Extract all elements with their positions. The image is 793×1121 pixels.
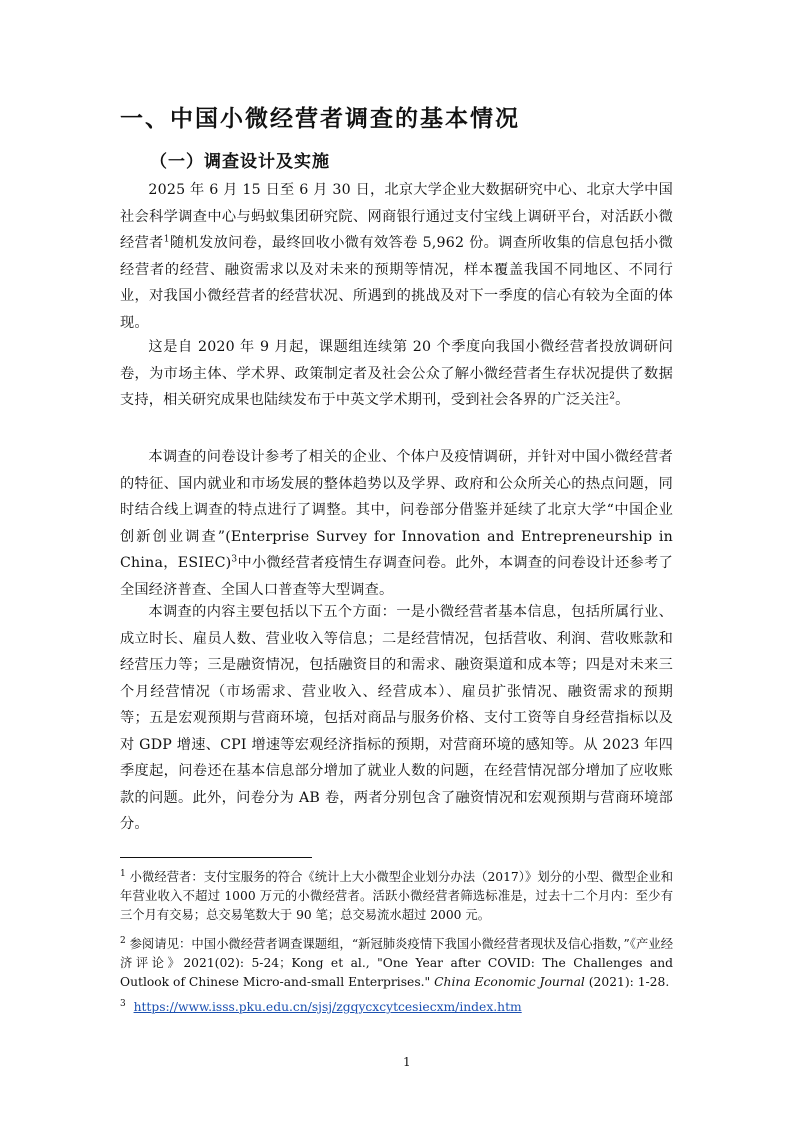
footnote-1: 1 小微经营者：支付宝服务的符合《统计上大小微型企业划分办法（2017）》划分的… — [120, 868, 673, 925]
paragraph-survey-content: 本调查的内容主要包括以下五个方面：一是小微经营者基本信息，包括所属行业、成立时长… — [120, 599, 673, 838]
paragraph-text: 本调查的问卷设计参考了相关的企业、个体户及疫情调研，并针对中国小微经营者的特征、… — [120, 449, 673, 571]
footnote-text: (2021): 1-28. — [585, 975, 669, 989]
footnote-2: 2 参阅请见：中国小微经营者调查课题组，“新冠肺炎疫情下我国小微经营者现状及信心… — [120, 935, 673, 992]
paragraph-text: 这是自 2020 年 9 月起，课题组连续第 20 个季度向我国小微经营者投放调… — [120, 339, 673, 408]
subsection-heading: （一）调查设计及实施 — [150, 147, 330, 172]
footnote-3: 3 https://www.isss.pku.edu.cn/sjsj/zgqyc… — [120, 998, 673, 1017]
paragraph-text: 。 — [615, 392, 629, 408]
footnote-marker: 3 — [120, 999, 126, 1009]
page-number: 1 — [403, 1055, 411, 1069]
paragraph-text: 随机发放问卷，最终回收小微有效答卷 5,962 份。调查所收集的信息包括小微经营… — [120, 235, 673, 331]
paragraph-survey-history: 这是自 2020 年 9 月起，课题组连续第 20 个季度向我国小微经营者投放调… — [120, 334, 673, 414]
section-heading: 一、中国小微经营者调查的基本情况 — [120, 100, 520, 133]
journal-title: China Economic Journal — [434, 975, 585, 989]
paragraph-survey-overview: 2025 年 6 月 15 日至 6 月 30 日，北京大学企业大数据研究中心、… — [120, 177, 673, 336]
footnote-text: 小微经营者：支付宝服务的符合《统计上大小微型企业划分办法（2017）》划分的小型… — [120, 870, 673, 922]
paragraph-questionnaire-design: 本调查的问卷设计参考了相关的企业、个体户及疫情调研，并针对中国小微经营者的特征、… — [120, 444, 673, 603]
footnote-link[interactable]: https://www.isss.pku.edu.cn/sjsj/zgqycxc… — [134, 1000, 522, 1014]
paragraph-text: 本调查的内容主要包括以下五个方面：一是小微经营者基本信息，包括所属行业、成立时长… — [120, 604, 673, 832]
footnote-divider — [120, 857, 312, 858]
